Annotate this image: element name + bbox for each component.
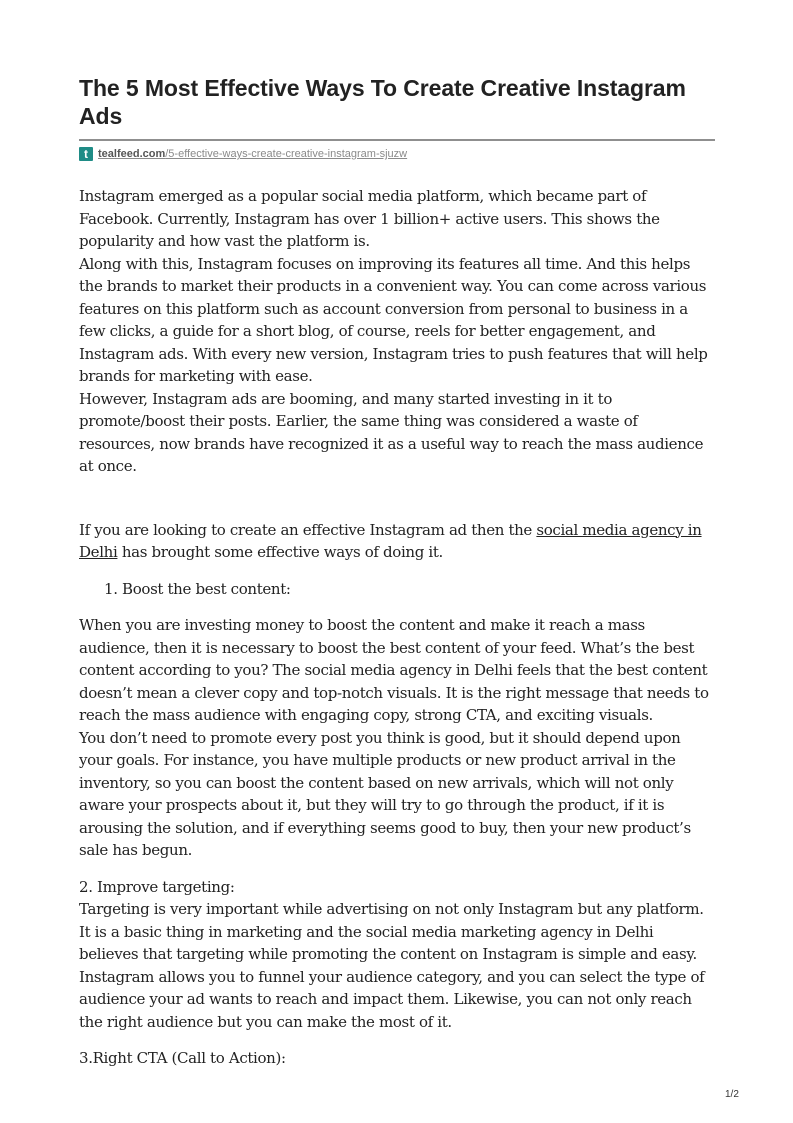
section-2-paragraph-1: Targeting is very important while advert… <box>79 898 715 966</box>
section-2-paragraph-2: Instagram allows you to funnel your audi… <box>79 966 715 1034</box>
section-1-paragraph-2: You don’t need to promote every post you… <box>79 727 715 862</box>
source-path: /5-effective-ways-create-creative-instag… <box>165 148 407 160</box>
lead-text-before: If you are looking to create an effectiv… <box>79 521 536 539</box>
lead-text-after: has brought some effective ways of doing… <box>117 543 443 561</box>
source-link[interactable]: tealfeed.com/5-effective-ways-create-cre… <box>98 148 407 160</box>
source-line: t tealfeed.com/5-effective-ways-create-c… <box>79 146 407 162</box>
title-divider <box>79 139 715 141</box>
section-1-heading: 1. Boost the best content: <box>79 578 715 601</box>
article-title: The 5 Most Effective Ways To Create Crea… <box>79 74 715 130</box>
section-1-paragraph-1: When you are investing money to boost th… <box>79 614 715 727</box>
section-3-heading: 3.Right CTA (Call to Action): <box>79 1047 715 1070</box>
lead-paragraph: If you are looking to create an effectiv… <box>79 519 715 564</box>
intro-paragraph-1: Instagram emerged as a popular social me… <box>79 185 715 253</box>
intro-paragraph-2: Along with this, Instagram focuses on im… <box>79 253 715 388</box>
page-number: 1/2 <box>725 1089 739 1100</box>
article-body: Instagram emerged as a popular social me… <box>79 185 715 1070</box>
source-domain: tealfeed.com <box>98 148 165 160</box>
intro-paragraph-3: However, Instagram ads are booming, and … <box>79 388 715 478</box>
tealfeed-logo-icon: t <box>79 147 93 161</box>
section-2-heading: 2. Improve targeting: <box>79 876 715 899</box>
